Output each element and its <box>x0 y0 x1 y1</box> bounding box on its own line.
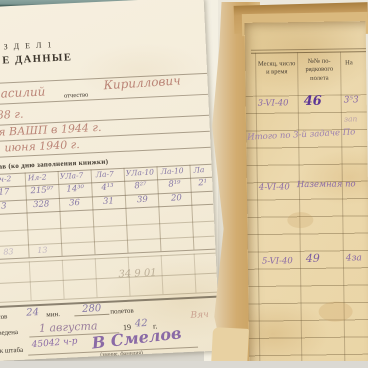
flight-count-cell: 36 <box>69 198 80 208</box>
section-heading-line2: Е ДАННЫЕ <box>2 52 73 66</box>
flight-count-cell: 39 <box>137 195 148 205</box>
log-col-header-flight-no: №№ по- рядкового полета <box>299 58 339 84</box>
log-entry-span-note: Наземная по <box>297 179 356 190</box>
flight-table-col-header: Уч-2 <box>0 174 12 184</box>
log-col-header-date: Месяц, число и время <box>257 60 296 77</box>
faint-cell: 13 <box>37 246 48 255</box>
table-line <box>251 48 366 51</box>
flight-table-col-header: Ла-7 <box>96 169 114 179</box>
log-entry-date: 3-VI-40 <box>258 98 289 108</box>
log-entry-note: 4за <box>346 253 362 263</box>
table-line <box>0 236 215 248</box>
chief-of-staff-label: ик штаба <box>0 346 23 355</box>
handwritten-hours: 24 <box>26 307 39 319</box>
flight-table-col-header: УЛа-10 <box>126 167 155 177</box>
flight-count-cell: 328 <box>33 199 50 210</box>
right-page: Месяц, число и время №№ по- рядкового по… <box>245 21 368 368</box>
flight-hours-cell: 14³⁰ <box>66 184 84 195</box>
flight-hours-cell: 215⁹⁷ <box>30 185 53 196</box>
flight-table-col-header: УЛа-7 <box>60 171 84 181</box>
flight-count-cell: 3 <box>1 201 7 211</box>
handwritten-flight-count: 280 <box>74 303 110 317</box>
handwritten-issue-date: 1 августа <box>39 319 98 335</box>
left-page: З Д Е Л 1 Е ДАННЫЕ Василий отчество Кири… <box>0 0 220 361</box>
handwritten-unit-number: 45042 ч-р <box>31 336 78 350</box>
log-entry-date: 4-VI-40 <box>259 182 290 192</box>
flight-hours-cell: 4¹³ <box>101 182 114 193</box>
flight-table-col-header: Ил-2 <box>28 173 47 183</box>
flight-count-cell: 20 <box>171 193 182 203</box>
scan-background-edge <box>0 361 368 368</box>
flight-hours-cell: 8²⁷ <box>134 181 147 192</box>
signature-sub-label: (звание, фамилия) <box>100 350 143 358</box>
faint-scribble: Вяч <box>190 310 209 321</box>
flight-hours-cell: 2¹ <box>198 178 207 188</box>
flight-count-cell: 31 <box>103 196 114 206</box>
patronymic-label: отчество <box>64 91 89 99</box>
log-entry-note-faint: зап <box>344 114 358 123</box>
hours-label: асов <box>0 313 8 322</box>
log-entry-note: 3⁵3 <box>344 95 359 105</box>
handwritten-first-name: Василий <box>0 84 46 101</box>
flights-label: полетов <box>110 307 134 316</box>
flight-hours-cell: 17 <box>0 187 10 197</box>
log-entry-flight-no: 49 <box>306 252 320 265</box>
faint-cell: 83 <box>3 247 14 256</box>
faint-scribble: 34 9 01 <box>118 267 157 280</box>
log-entry-date: 5-VI-40 <box>262 256 293 266</box>
table-line <box>251 51 366 54</box>
flight-hours-cell: 8¹⁹ <box>168 179 181 190</box>
flight-table-col-header: Ла-10 <box>161 166 184 176</box>
log-col-header-clipped: На <box>345 59 365 68</box>
log-entry-flight-no: 46 <box>304 94 322 109</box>
issued-label: аведена <box>0 328 18 337</box>
handwritten-date-line: июня 1940 г. <box>4 138 80 155</box>
flight-table-col-header: Ла <box>193 165 204 174</box>
section-heading-line1: З Д Е Л 1 <box>3 40 53 51</box>
minutes-label: мин. <box>46 310 60 319</box>
table-line <box>0 273 217 285</box>
table-line <box>0 221 214 233</box>
handwritten-birth-year: 38 г. <box>0 108 24 122</box>
